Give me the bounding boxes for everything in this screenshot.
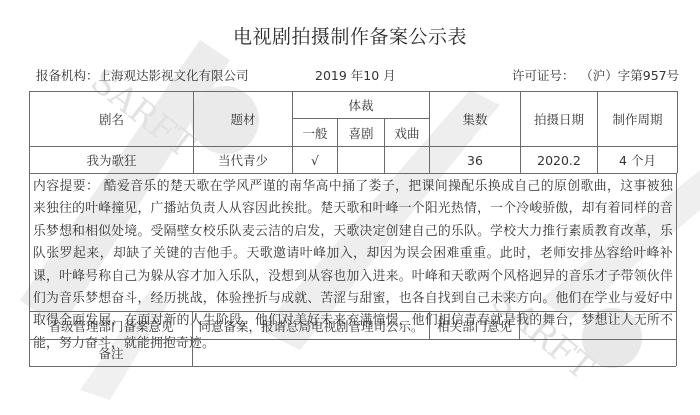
- header-name: 剧名: [30, 92, 193, 146]
- check-mark-icon: √: [293, 147, 337, 173]
- page-title: 电视剧拍摄制作备案公示表: [0, 22, 700, 49]
- header-episodes: 集数: [430, 92, 520, 146]
- filing-org: 报备机构：上海观达影视文化有限公司: [36, 66, 249, 84]
- provincial-opinion-label: 省级管理部门备案意见: [30, 312, 192, 339]
- filing-org-label: 报备机构：: [36, 68, 99, 83]
- license-value: （沪）字第957号: [587, 68, 680, 83]
- related-opinion: [520, 312, 676, 339]
- provincial-opinion: 同意备案，报请总局电视剧管理司公示。: [193, 312, 429, 339]
- cell-genre-opera: [385, 147, 429, 173]
- filing-date: 2019 年10 月: [315, 66, 396, 84]
- license-number: 许可证号：（沪）字第957号: [512, 66, 679, 84]
- header-shoot-date: 拍摄日期: [521, 92, 597, 146]
- header-genre-general: 一般: [293, 119, 337, 146]
- remarks: [193, 340, 676, 366]
- remarks-label: 备注: [30, 340, 192, 366]
- cell-episodes: 36: [430, 147, 520, 173]
- summary-label: 内容提要：: [33, 179, 99, 194]
- header-subject: 题材: [194, 92, 292, 146]
- header-production-period: 制作周期: [598, 92, 677, 146]
- filing-org-value: 上海观达影视文化有限公司: [99, 68, 249, 83]
- cell-subject: 当代青少: [194, 147, 292, 173]
- header-genre: 体裁: [293, 92, 429, 118]
- header-genre-opera: 戏曲: [385, 119, 429, 146]
- license-label: 许可证号：: [512, 68, 575, 83]
- cell-genre-comedy: [338, 147, 384, 173]
- cell-name: 我为歌狂: [30, 147, 193, 173]
- related-opinion-label: 相关部门意见: [430, 312, 519, 339]
- header-genre-comedy: 喜剧: [338, 119, 384, 146]
- cell-production-period: 4 个月: [598, 147, 677, 173]
- cell-shoot-date: 2020.2: [521, 147, 597, 173]
